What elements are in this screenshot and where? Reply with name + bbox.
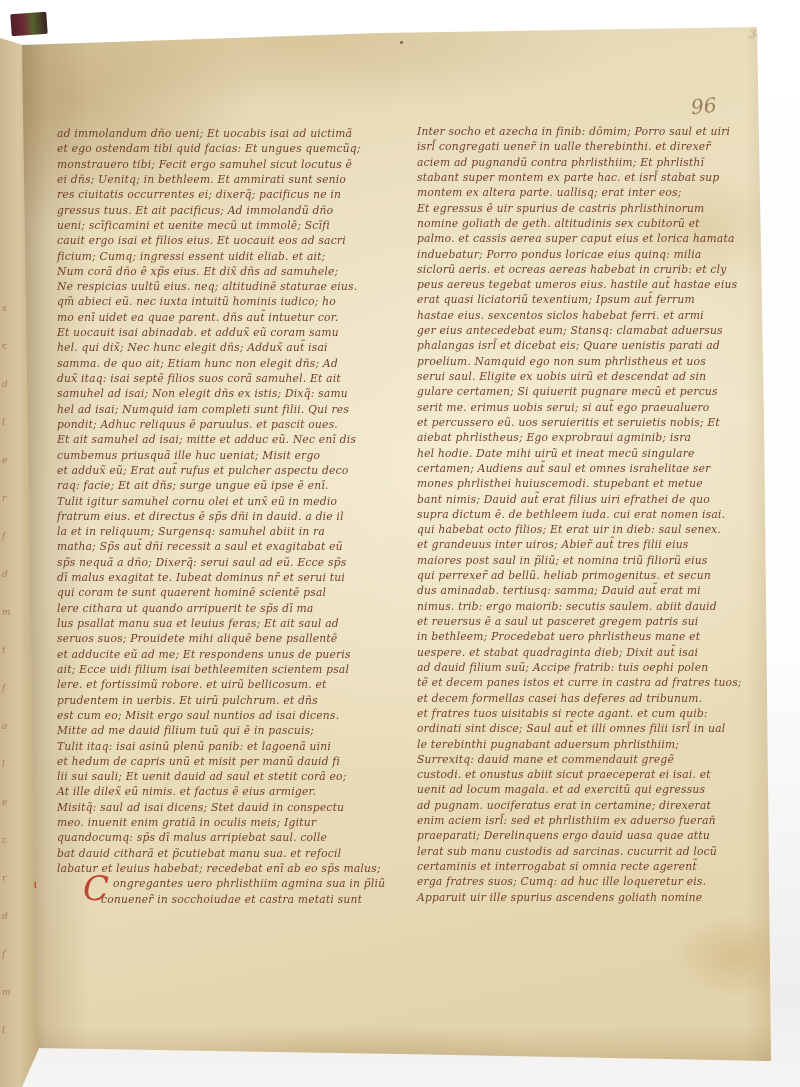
manuscript-line: in bethleem; Procedebat uero phrlistheus… [417,629,767,644]
manuscript-line: qui perrexer̃ ad bellũ. heliab primogeni… [417,568,767,583]
manuscript-line: ad pugnam. uociferatus erat in certamine… [417,798,767,813]
manuscript-line: aiebat phrlistheus; Ego exprobraui agmin… [417,430,767,445]
manuscript-line: certamen; Audiens aut̃ saul et omnes isr… [417,461,767,476]
manuscript-line: dus aminadab. tertiusq: samma; Dauid aut… [417,583,767,598]
manuscript-line: tẽ et decem panes istos et curre in cast… [417,675,767,690]
manuscript-line: qm̃ abieci eũ. nec iuxta intuitũ hominis… [57,294,387,309]
manuscript-line: Et ait samuhel ad isai; mitte et adduc e… [57,432,387,447]
manuscript-line: Apparuit uir ille spurius ascendens goli… [417,890,767,905]
manuscript-line: et fratres tuos uisitabis si recte agant… [417,706,767,721]
manuscript-line: At ille dilex̃ eũ nimis. et factus ē eiu… [57,784,387,799]
manuscript-line: dux̃ itaq: isai septẽ filios suos corã s… [57,371,387,386]
manuscript-line: conuener̃ in socchoiudae et castra metat… [101,892,387,907]
manuscript-line: lii sui sauli; Et uenit dauid ad saul et… [57,769,387,784]
manuscript-line: et decem formellas casei has deferes ad … [417,691,767,706]
manuscript-line: samuhel ad isai; Non elegit dñs ex istis… [57,386,387,401]
manuscript-line: supra dictum ē. de bethleem iuda. cui er… [417,507,767,522]
manuscript-line: raq: facie; Et ait dñs; surge ungue eũ i… [57,478,387,493]
binding-endband [10,12,47,36]
manuscript-line: dī malus exagitat te. Iubeat dominus nr̃… [57,570,387,585]
manuscript-line: mo enī uidet ea quae parent. dñs aut̃ in… [57,310,387,325]
folio-number-pencil: 36 [749,28,763,41]
manuscript-line: seruos suos; Prouidete mihi aliquē bene … [57,631,387,646]
manuscript-line: matha; Sp̃s aut̃ dñi recessit a saul et … [57,539,387,554]
manuscript-line: serui saul. Eligite ex uobis uirũ et des… [417,369,767,384]
manuscript-line: mones phrlisthei huiuscemodi. stupebant … [417,476,767,491]
manuscript-line: gulare certamen; Si quiuerit pugnare mec… [417,384,767,399]
manuscript-line: Mitte ad me dauid filium tuũ qui ē in pa… [57,723,387,738]
manuscript-line: certaminis et interrogabat si omnia rect… [417,859,767,874]
manuscript-line: et addux̃ eũ; Erat aut̃ rufus et pulcher… [57,463,387,478]
manuscript-photo: sꞇdlerſdmtſaleꞇrdſml 36 96 ad immolandum… [0,0,800,1087]
manuscript-line: lus psallat manu sua et leuius feras; Et… [57,616,387,631]
manuscript-line: est cum eo; Misit ergo saul nuntios ad i… [57,708,387,723]
manuscript-line: aciem ad pugnandũ contra phrlisthiim; Et… [417,155,767,170]
text-column-right: Inter socho et azecha in finib: dōmim; P… [417,124,767,905]
manuscript-line: Num corã dño ē xp̃s eius. Et dix̃ dñs ad… [57,264,387,279]
folio-number-ink: 96 [690,93,718,120]
manuscript-line: nimus. trib: ergo maiorib: secutis saule… [417,599,767,614]
manuscript-line: et percussero eũ. uos seruieritis et ser… [417,415,767,430]
manuscript-line: Surrexitq: dauid mane et commendauit gre… [417,752,767,767]
manuscript-line: phalangas isrl̃ et dicebat eis; Quare ue… [417,338,767,353]
manuscript-line: meo. inuenit enim gratiã in oculis meis;… [57,815,387,830]
manuscript-line: nomine goliath de geth. altitudinis sex … [417,216,767,231]
manuscript-line: Et egressus ē uir spurius de castris phr… [417,201,767,216]
manuscript-line: res ciuitatis occurrentes ei; dixerq̃; p… [57,187,387,202]
manuscript-line: fratrum eius. et directus ē sp̃s dñi in … [57,509,387,524]
manuscript-line: uespere. et stabat quadraginta dieb; Dix… [417,645,767,660]
manuscript-line: Ne respicias uultũ eius. neq; altitudinē… [57,279,387,294]
manuscript-line: peus aereus tegebat umeros eius. hastile… [417,277,767,292]
page-bottom-shade [0,1027,800,1067]
manuscript-line: et hedum de capris unũ et misit per manũ… [57,754,387,769]
manuscript-line: bant nimis; Dauid aut̃ erat filius uiri … [417,492,767,507]
manuscript-line: lere. et fortissimũ robore. et uirũ bell… [57,677,387,692]
manuscript-line: induebatur; Porro pondus loricae eius qu… [417,247,767,262]
manuscript-line: erat quasi liciatoriũ texentium; Ipsum a… [417,292,767,307]
manuscript-line: qui coram te sunt quaerent hominē scient… [57,585,387,600]
manuscript-line: ei dñs; Uenitq; in bethleem. Et ammirati… [57,172,387,187]
manuscript-line: ordinati sint disce; Saul aut̃ et illi o… [417,721,767,736]
manuscript-line: isrl̃ congregati uener̃ in ualle therebi… [417,139,767,154]
manuscript-line: qui habebat octo filios; Et erat uir in … [417,522,767,537]
manuscript-line: praeparati; Derelinquens ergo dauid uasa… [417,828,767,843]
manuscript-line: sp̃s nequã a dño; Dixerq̃: serui saul ad… [57,555,387,570]
manuscript-line: le terebinthi pugnabant aduersum phrlist… [417,737,767,752]
manuscript-line: ad dauid filium suũ; Accipe fratrib: tui… [417,660,767,675]
manuscript-line: hel hodie. Date mihi uirũ et ineat mecũ … [417,446,767,461]
manuscript-line: ongregantes uero phrlisthiim agmina sua … [113,876,387,891]
manuscript-line: et reuersus ē a saul ut pasceret gregem … [417,614,767,629]
manuscript-line: ueni; scīficamini et uenite mecũ ut immo… [57,218,387,233]
manuscript-line: uenit ad locum magala. et ad exercitũ qu… [417,782,767,797]
manuscript-line: custodi. et onustus abiit sicut praecepe… [417,767,767,782]
manuscript-line: Inter socho et azecha in finib: dōmim; P… [417,124,767,139]
ink-speck [400,41,403,44]
manuscript-line: stabant super montem ex parte hac. et is… [417,170,767,185]
manuscript-line: montem ex altera parte. uallisq; erat in… [417,185,767,200]
manuscript-line: pondit; Adhuc reliquus ē paruulus. et pa… [57,417,387,432]
manuscript-line: samma. de quo ait; Etiam hunc non elegit… [57,356,387,371]
manuscript-line: palmo. et cassis aerea super caput eius … [417,231,767,246]
manuscript-line: cumbemus priusquã ille huc ueniat; Misit… [57,448,387,463]
manuscript-line: serit me. erimus uobis serui; si aut̃ eg… [417,400,767,415]
chapter-initial: C [83,872,109,906]
manuscript-line: erga fratres suos; Cumq: ad huc ille loq… [417,874,767,889]
manuscript-line: monstrauero tibi; Fecit ergo samuhel sic… [57,157,387,172]
manuscript-line: prudentem in uerbis. Et uirũ pulchrum. e… [57,693,387,708]
manuscript-line: gressus tuus. Et ait pacificus; Ad immol… [57,203,387,218]
manuscript-line: ficium; Cumq; ingressi essent uidit elia… [57,249,387,264]
manuscript-line: hel. qui dix̃; Nec hunc elegit dñs; Addu… [57,340,387,355]
text-column-left: ad immolandum dño ueni; Et uocabis isai … [57,126,387,907]
manuscript-line: ait; Ecce uidi filium isai bethleemiten … [57,662,387,677]
manuscript-line: Et uocauit isai abinadab. et addux̃ eũ c… [57,325,387,340]
manuscript-line: siclorũ aeris. et ocreas aereas habebat … [417,262,767,277]
manuscript-line: proelium. Namquid ego non sum phrlistheu… [417,354,767,369]
manuscript-line: Misitq̃: saul ad isai dicens; Stet dauid… [57,800,387,815]
manuscript-line: enim aciem isrl̃: sed et phrlisthiim ex … [417,813,767,828]
manuscript-line: bat dauid citharã et p̃cutiebat manu sua… [57,846,387,861]
manuscript-line: et grandeuus inter uiros; Abier̃ aut̃ tr… [417,537,767,552]
manuscript-line: maiores post saul in p̃liũ; et nomina tr… [417,553,767,568]
manuscript-line: lerat sub manu custodis ad sarcinas. cuc… [417,844,767,859]
manuscript-line: Tulit itaq: isai asinũ plenũ panib: et l… [57,739,387,754]
manuscript-line: ger eius antecedebat eum; Stansq: clamab… [417,323,767,338]
manuscript-line: quandocumq: sp̃s dī malus arripiebat sau… [57,830,387,845]
manuscript-line: cauit ergo isai et filios eius. Et uocau… [57,233,387,248]
manuscript-line: et adducite eũ ad me; Et respondens unus… [57,647,387,662]
manuscript-line: hastae eius. sexcentos siclos habebat fe… [417,308,767,323]
manuscript-line: Tulit igitur samuhel cornu olei et unx̃ … [57,494,387,509]
manuscript-line: ad immolandum dño ueni; Et uocabis isai … [57,126,387,141]
manuscript-line: et ego ostendam tibi quid facias: Et ung… [57,141,387,156]
manuscript-page: 36 96 ad immolandum dño ueni; Et uocabis… [0,0,800,1087]
manuscript-line: la et in reliquum; Surgensq: samuhel abi… [57,524,387,539]
manuscript-line: lere cithara ut quando arripuerit te sp̃… [57,601,387,616]
manuscript-line: hel ad isai; Numquid iam completi sunt f… [57,402,387,417]
